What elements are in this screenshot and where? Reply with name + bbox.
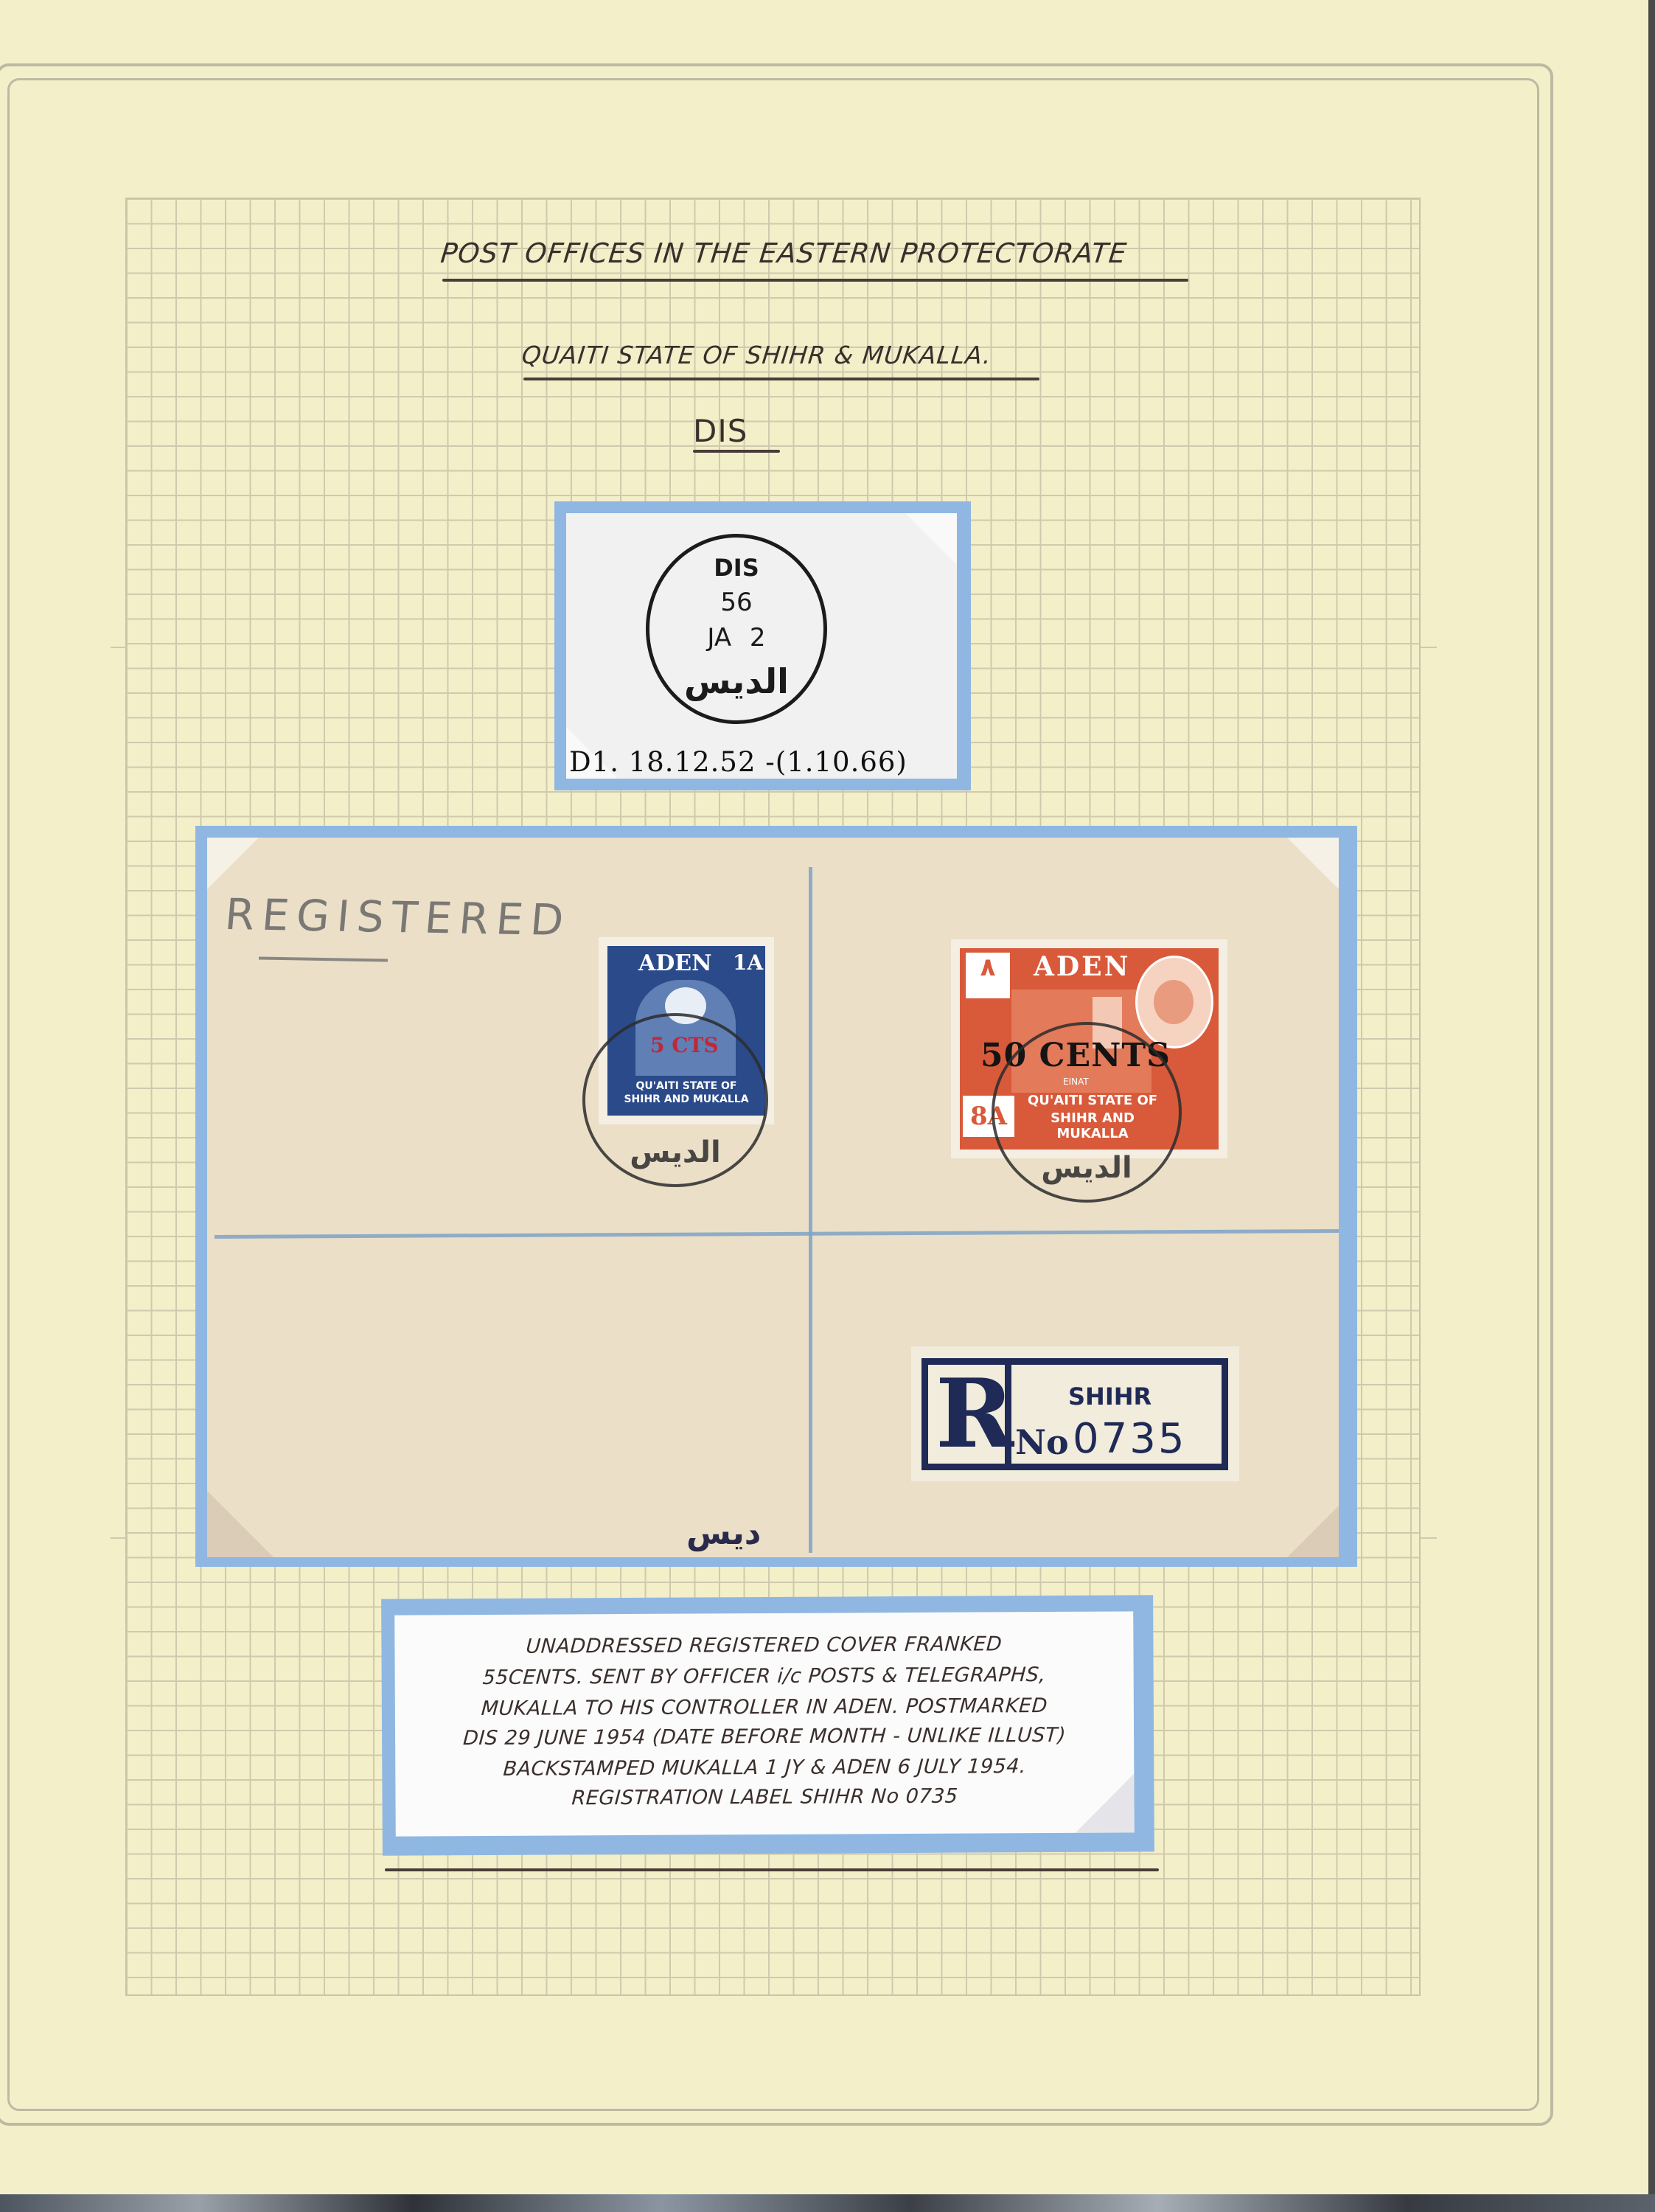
scan-edge-bottom [0,2194,1655,2212]
registration-label[interactable]: R SHIHR No 0735 [911,1346,1239,1481]
corner-mount [207,838,259,889]
corner-mount [1287,838,1339,889]
cancel-arabic-town: الديس [994,1151,1179,1185]
portrait-face [1154,980,1194,1024]
description-rule [385,1868,1159,1871]
cancel-arabic-town: الديس [585,1135,765,1169]
registered-cover: REGISTERED ADEN 1A 5 CTS QU'AITI STATE O… [207,838,1339,1557]
cover-mount[interactable]: REGISTERED ADEN 1A 5 CTS QU'AITI STATE O… [195,826,1357,1567]
postmark-illustration-card[interactable]: DIS 56 JA 2 الديس D1. 18.12.52 -(1.10.66… [554,501,971,790]
registration-number: 0735 [1073,1415,1187,1463]
arabic-manuscript: ديس [686,1514,761,1552]
description-line: MUKALLA TO HIS CONTROLLER IN ADEN. POSTM… [394,1694,1135,1720]
scan-edge-right [1648,0,1655,2212]
corner-mount [207,1491,273,1557]
album-page: POST OFFICES IN THE EASTERN PROTECTORATE… [0,0,1648,2194]
sultan-portrait-icon [1135,956,1213,1048]
registration-divider [1005,1365,1011,1464]
registration-office: SHIHR [1068,1382,1151,1411]
stamp-country: ADEN [638,950,712,976]
postmark-year: 56 [649,588,823,617]
registration-frame: R SHIHR No 0735 [921,1358,1228,1470]
grid-tick [1421,1537,1437,1539]
corner-mount [1287,1506,1339,1557]
description-card: UNADDRESSED REGISTERED COVER FRANKED 55C… [394,1611,1135,1836]
description-line: BACKSTAMPED MUKALLA 1 JY & ADEN 6 JULY 1… [394,1754,1135,1781]
heading-underline [442,279,1188,282]
postmark-town: DIS [649,554,823,582]
office-name-underline [693,450,780,453]
description-line: UNADDRESSED REGISTERED COVER FRANKED [394,1632,1134,1658]
dis-cancel: الديس [992,1022,1182,1203]
stamp-country: ADEN [1034,951,1131,982]
postmark-date: JA 2 [649,623,823,653]
description-line: 55CENTS. SENT BY OFFICER i/c POSTS & TEL… [394,1663,1135,1689]
office-name: DIS [693,413,748,449]
description-mount[interactable]: UNADDRESSED REGISTERED COVER FRANKED 55C… [381,1595,1154,1855]
registration-line-vertical [809,867,812,1553]
stamp-arabic-value: ٨ [966,953,1010,998]
registration-no-label: No [1015,1422,1069,1462]
dis-cancel: الديس [582,1013,768,1187]
registration-line-horizontal [215,1229,1339,1239]
grid-tick [111,647,127,648]
subheading-underline [523,378,1039,380]
registered-underline [259,956,388,961]
grid-tick [1421,647,1437,648]
registered-manuscript: REGISTERED [223,889,573,945]
postmark-illustration-paper: DIS 56 JA 2 الديس D1. 18.12.52 -(1.10.66… [566,513,957,779]
description-line: REGISTRATION LABEL SHIHR No 0735 [395,1784,1135,1810]
stamp-value: 1A [733,950,763,975]
grid-tick [111,1537,127,1539]
postmark-arabic-town: الديس [649,661,823,701]
page-subheading: QUAITI STATE OF SHIHR & MUKALLA. [520,341,993,369]
registration-letter: R [935,1365,1014,1464]
postmark-circle: DIS 56 JA 2 الديس [646,534,827,724]
description-line: DIS 29 JUNE 1954 (DATE BEFORE MONTH - UN… [394,1723,1135,1750]
page-heading: POST OFFICES IN THE EASTERN PROTECTORATE [439,237,1129,269]
corner-mount [905,513,957,565]
postmark-caption: D1. 18.12.52 -(1.10.66) [569,746,907,778]
